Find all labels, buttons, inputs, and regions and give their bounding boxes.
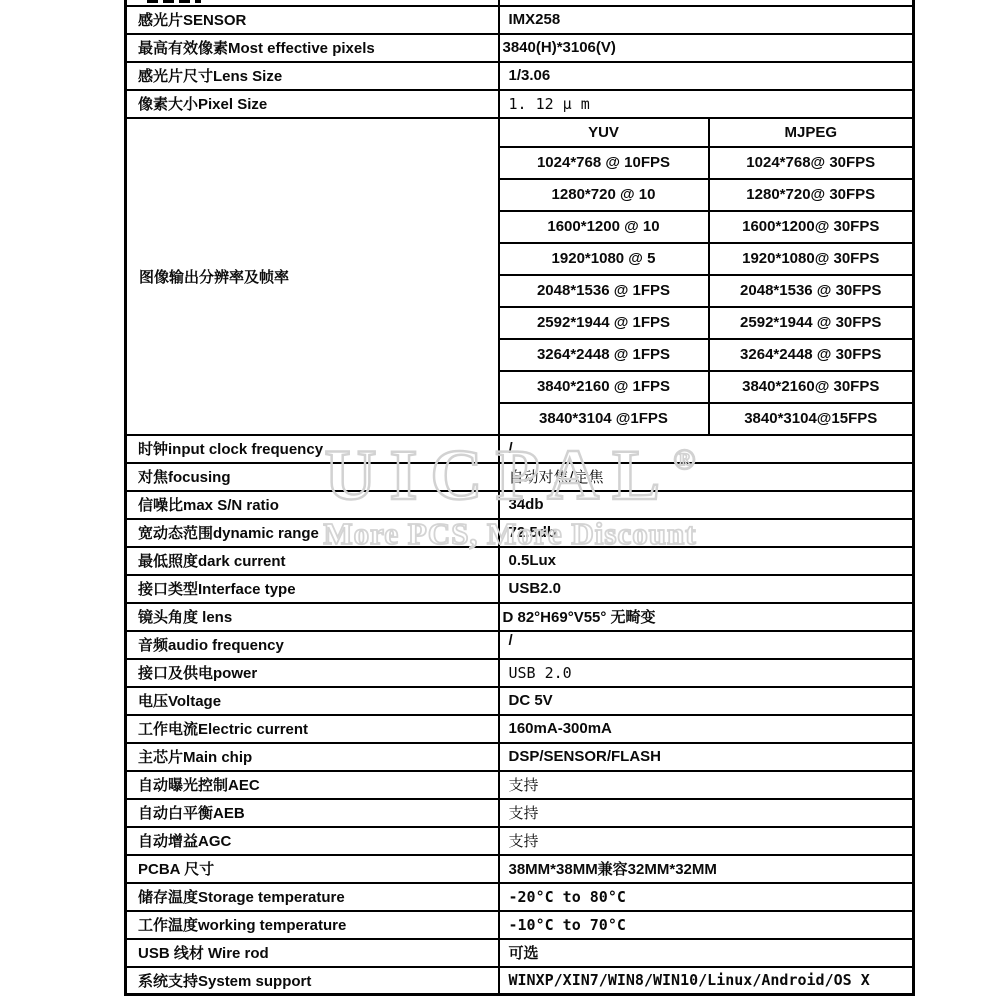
spec-label: 镜头角度 lens (126, 603, 499, 631)
spec-row: 最高有效像素Most effective pixels 3840(H)*3106… (126, 34, 914, 62)
resolution-cell-mjpeg: 3840*2160@ 30FPS (709, 371, 914, 403)
spec-value: 自动对焦/定焦 (499, 463, 914, 491)
spec-row: 感光片尺寸Lens Size 1/3.06 (126, 62, 914, 90)
spec-value: 72.5db (499, 519, 914, 547)
spec-label: 接口类型Interface type (126, 575, 499, 603)
spec-label: 最低照度dark current (126, 547, 499, 575)
spec-value: USB2.0 (499, 575, 914, 603)
spec-label: 感光片SENSOR (126, 6, 499, 34)
spec-row: 信噪比max S/N ratio 34db (126, 491, 914, 519)
resolution-merged-label: 图像输出分辨率及帧率 (126, 118, 499, 435)
spec-row: 自动曝光控制AEC 支持 (126, 771, 914, 799)
resolution-cell-mjpeg: 2592*1944 @ 30FPS (709, 307, 914, 339)
spec-value: -10°C to 70°C (499, 911, 914, 939)
spec-value: DSP/SENSOR/FLASH (499, 743, 914, 771)
resolution-cell-mjpeg: 1024*768@ 30FPS (709, 147, 914, 179)
resolution-cell-yuv: 1024*768 @ 10FPS (499, 147, 709, 179)
spec-label: 储存温度Storage temperature (126, 883, 499, 911)
spec-row: 储存温度Storage temperature -20°C to 80°C (126, 883, 914, 911)
resolution-cell-yuv: 2048*1536 @ 1FPS (499, 275, 709, 307)
spec-row: 工作温度working temperature -10°C to 70°C (126, 911, 914, 939)
spec-value: 可选 (499, 939, 914, 967)
resolution-cell-mjpeg: 1600*1200@ 30FPS (709, 211, 914, 243)
spec-row: 像素大小Pixel Size 1. 12 μ m (126, 90, 914, 118)
spec-value: 支持 (499, 799, 914, 827)
spec-row: 接口及供电power USB 2.0 (126, 659, 914, 687)
spec-label: 电压Voltage (126, 687, 499, 715)
spec-sheet-page: 感光片SENSOR IMX258 最高有效像素Most effective pi… (0, 0, 1000, 1000)
spec-row: 时钟input clock frequency / (126, 435, 914, 463)
resolution-cell-yuv: 1280*720 @ 10 (499, 179, 709, 211)
resolution-cell-yuv: 3264*2448 @ 1FPS (499, 339, 709, 371)
resolution-cell-yuv: 2592*1944 @ 1FPS (499, 307, 709, 339)
spec-label: PCBA 尺寸 (126, 855, 499, 883)
resolution-cell-mjpeg: 3264*2448 @ 30FPS (709, 339, 914, 371)
resolution-header-row: 图像输出分辨率及帧率 YUV MJPEG (126, 118, 914, 147)
spec-value: -20°C to 80°C (499, 883, 914, 911)
spec-value: 34db (499, 491, 914, 519)
spec-value: DC 5V (499, 687, 914, 715)
spec-row: 主芯片Main chip DSP/SENSOR/FLASH (126, 743, 914, 771)
spec-label: 主芯片Main chip (126, 743, 499, 771)
spec-value: IMX258 (499, 6, 914, 34)
spec-label: 像素大小Pixel Size (126, 90, 499, 118)
spec-label: 自动曝光控制AEC (126, 771, 499, 799)
spec-row: 自动增益AGC 支持 (126, 827, 914, 855)
resolution-col-header-mjpeg: MJPEG (709, 118, 914, 147)
spec-label: 音频audio frequency (126, 631, 499, 659)
resolution-cell-mjpeg: 3840*3104@15FPS (709, 403, 914, 435)
resolution-cell-yuv: 3840*3104 @1FPS (499, 403, 709, 435)
spec-value: WINXP/XIN7/WIN8/WIN10/Linux/Android/OS X (499, 967, 914, 995)
spec-row: 自动白平衡AEB 支持 (126, 799, 914, 827)
spec-row: 电压Voltage DC 5V (126, 687, 914, 715)
spec-label: 对焦focusing (126, 463, 499, 491)
spec-value: / (499, 631, 914, 659)
spec-label: 感光片尺寸Lens Size (126, 62, 499, 90)
spec-value: 支持 (499, 771, 914, 799)
spec-row: 音频audio frequency / (126, 631, 914, 659)
spec-value: 3840(H)*3106(V) (499, 34, 914, 62)
spec-row: USB 线材 Wire rod 可选 (126, 939, 914, 967)
spec-row: 感光片SENSOR IMX258 (126, 6, 914, 34)
spec-row: 镜头角度 lens D 82°H69°V55° 无畸变 (126, 603, 914, 631)
spec-value: 0.5Lux (499, 547, 914, 575)
spec-row: 接口类型Interface type USB2.0 (126, 575, 914, 603)
spec-label: USB 线材 Wire rod (126, 939, 499, 967)
spec-value: D 82°H69°V55° 无畸变 (499, 603, 914, 631)
spec-row: PCBA 尺寸 38MM*38MM兼容32MM*32MM (126, 855, 914, 883)
resolution-cell-yuv: 1920*1080 @ 5 (499, 243, 709, 275)
spec-value: 1. 12 μ m (499, 90, 914, 118)
spec-table: 感光片SENSOR IMX258 最高有效像素Most effective pi… (124, 0, 915, 996)
spec-value: 1/3.06 (499, 62, 914, 90)
resolution-cell-yuv: 1600*1200 @ 10 (499, 211, 709, 243)
spec-row: 最低照度dark current 0.5Lux (126, 547, 914, 575)
spec-label: 工作电流Electric current (126, 715, 499, 743)
resolution-cell-yuv: 3840*2160 @ 1FPS (499, 371, 709, 403)
spec-label: 时钟input clock frequency (126, 435, 499, 463)
resolution-cell-mjpeg: 1280*720@ 30FPS (709, 179, 914, 211)
spec-row: 对焦focusing 自动对焦/定焦 (126, 463, 914, 491)
spec-label: 接口及供电power (126, 659, 499, 687)
spec-label: 自动白平衡AEB (126, 799, 499, 827)
spec-value: 160mA-300mA (499, 715, 914, 743)
spec-label: 宽动态范围dynamic range (126, 519, 499, 547)
spec-value: 38MM*38MM兼容32MM*32MM (499, 855, 914, 883)
spec-row: 系统支持System support WINXP/XIN7/WIN8/WIN10… (126, 967, 914, 995)
spec-label: 系统支持System support (126, 967, 499, 995)
resolution-col-header-yuv: YUV (499, 118, 709, 147)
spec-row: 宽动态范围dynamic range 72.5db (126, 519, 914, 547)
resolution-cell-mjpeg: 1920*1080@ 30FPS (709, 243, 914, 275)
spec-value: 支持 (499, 827, 914, 855)
spec-value: USB 2.0 (499, 659, 914, 687)
spec-value: / (499, 435, 914, 463)
resolution-cell-mjpeg: 2048*1536 @ 30FPS (709, 275, 914, 307)
spec-label: 最高有效像素Most effective pixels (126, 34, 499, 62)
spec-label: 自动增益AGC (126, 827, 499, 855)
spec-label: 工作温度working temperature (126, 911, 499, 939)
spec-row: 工作电流Electric current 160mA-300mA (126, 715, 914, 743)
spec-label: 信噪比max S/N ratio (126, 491, 499, 519)
